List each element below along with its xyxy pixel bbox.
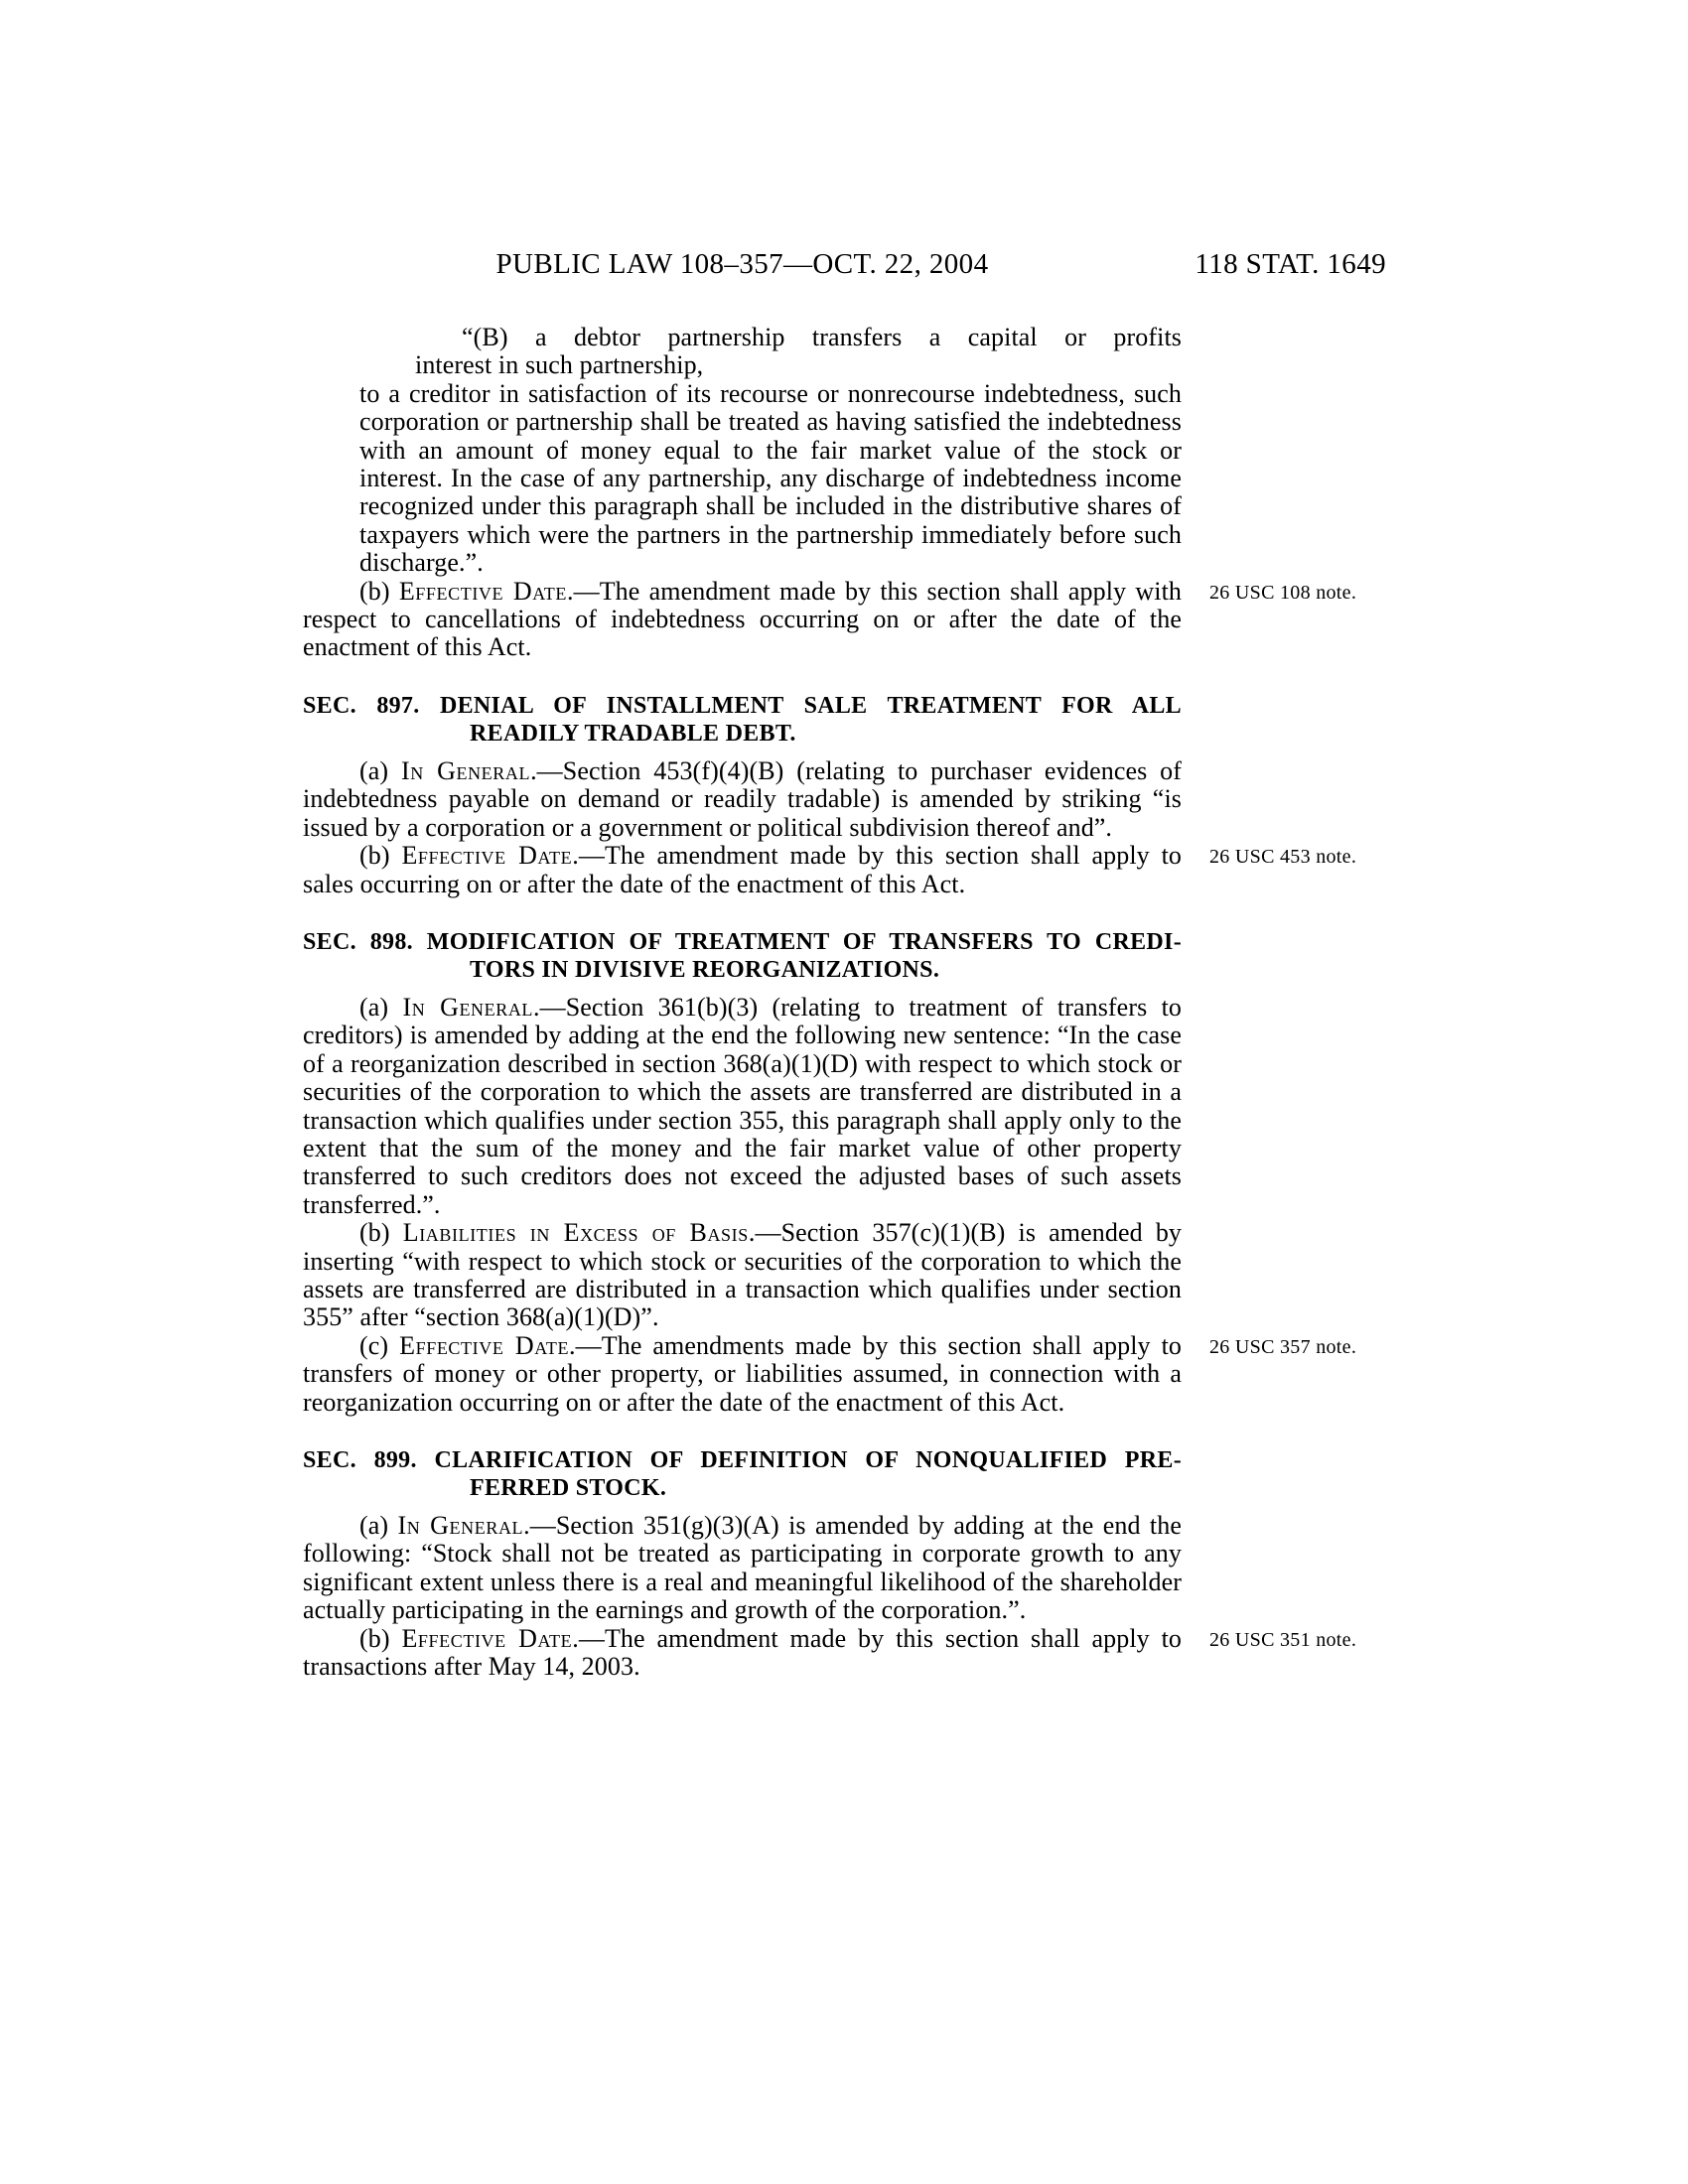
section-heading-line: TORS IN DIVISIVE REORGANIZATIONS.	[470, 956, 1182, 984]
section-heading-line: SEC. 898. MODIFICATION OF TREATMENT OF T…	[303, 928, 1182, 956]
statute-page: PUBLIC LAW 108–357—OCT. 22, 2004 118 STA…	[0, 0, 1688, 2184]
section-898-heading: SEC. 898. MODIFICATION OF TREATMENT OF T…	[303, 928, 1182, 984]
subsection-paragraph-899b: 26 USC 351 note. (b) Effective Date.—The…	[303, 1625, 1182, 1682]
statute-text-column: “(B) a debtor partnership transfers a ca…	[303, 324, 1182, 1681]
subsection-heading: Effective Date	[399, 1331, 569, 1360]
subsection-label: (a)	[359, 756, 401, 785]
subsection-paragraph-896b: 26 USC 108 note. (b) Effective Date.—The…	[303, 578, 1182, 662]
subsection-label: (a)	[359, 1511, 397, 1540]
subsection-heading: In General	[402, 993, 533, 1022]
section-heading-line: SEC. 899. CLARIFICATION OF DEFINITION OF…	[303, 1446, 1182, 1474]
law-title: PUBLIC LAW 108–357—OCT. 22, 2004	[303, 248, 1182, 281]
margin-note: 26 USC 108 note.	[1209, 581, 1418, 605]
subsection-label: (a)	[359, 993, 402, 1022]
section-heading-line: SEC. 897. DENIAL OF INSTALLMENT SALE TRE…	[303, 692, 1182, 720]
quoted-clause-line: “(B) a debtor partnership transfers a ca…	[462, 324, 1182, 351]
margin-note: 26 USC 357 note.	[1209, 1335, 1418, 1359]
subsection-label: (c)	[359, 1331, 399, 1360]
subsection-heading: In General	[397, 1511, 523, 1540]
subsection-heading: Effective Date	[401, 1624, 572, 1653]
subsection-heading: Effective Date	[399, 577, 567, 606]
subsection-paragraph-899a: (a) In General.—Section 351(g)(3)(A) is …	[303, 1512, 1182, 1625]
stat-citation: 118 STAT. 1649	[1195, 248, 1386, 281]
section-897-heading: SEC. 897. DENIAL OF INSTALLMENT SALE TRE…	[303, 692, 1182, 748]
statutory-flush-text: to a creditor in satisfaction of its rec…	[359, 380, 1182, 578]
subsection-paragraph-898c: 26 USC 357 note. (c) Effective Date.—The…	[303, 1332, 1182, 1417]
subsection-heading: Effective Date	[401, 841, 572, 870]
margin-note: 26 USC 351 note.	[1209, 1628, 1418, 1652]
section-heading-line: READILY TRADABLE DEBT.	[470, 720, 1182, 748]
quoted-clause-line: interest in such partnership,	[415, 351, 1182, 379]
subsection-paragraph-898a: (a) In General.—Section 361(b)(3) (relat…	[303, 994, 1182, 1219]
subsection-heading: In General	[401, 756, 530, 785]
subsection-label: (b)	[359, 841, 401, 870]
subsection-text: .—Section 361(b)(3) (relating to treatme…	[303, 993, 1182, 1219]
running-head: PUBLIC LAW 108–357—OCT. 22, 2004 118 STA…	[303, 248, 1386, 288]
subsection-label: (b)	[359, 1624, 401, 1653]
subsection-paragraph-897b: 26 USC 453 note. (b) Effective Date.—The…	[303, 842, 1182, 898]
subsection-label: (b)	[359, 577, 399, 606]
subsection-label: (b)	[359, 1218, 403, 1247]
subsection-paragraph-897a: (a) In General.—Section 453(f)(4)(B) (re…	[303, 757, 1182, 842]
section-899-heading: SEC. 899. CLARIFICATION OF DEFINITION OF…	[303, 1446, 1182, 1502]
margin-note: 26 USC 453 note.	[1209, 845, 1418, 869]
section-heading-line: FERRED STOCK.	[470, 1474, 1182, 1502]
subsection-paragraph-898b: (b) Liabilities in Excess of Basis.—Sect…	[303, 1219, 1182, 1332]
subsection-heading: Liabilities in Excess of Basis	[403, 1218, 749, 1247]
